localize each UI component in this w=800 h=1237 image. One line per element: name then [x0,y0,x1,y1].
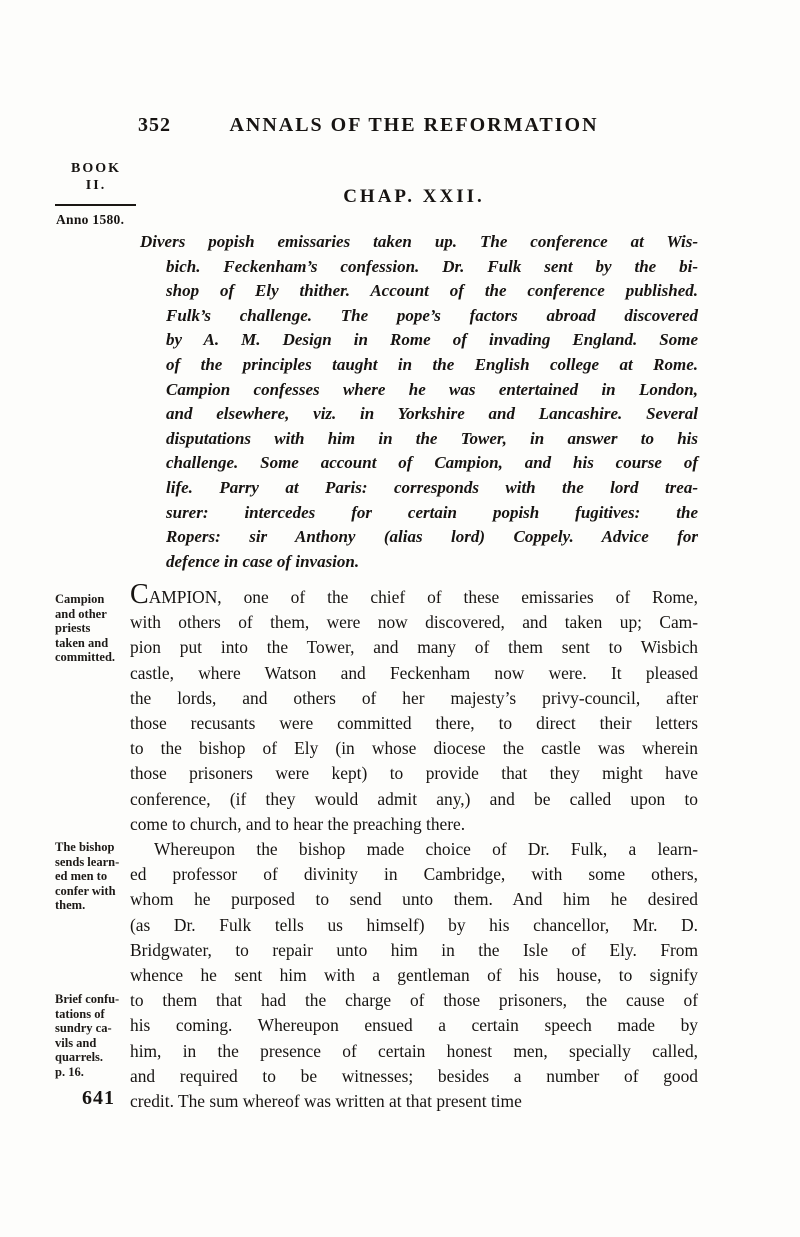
chapter-heading: CHAP. XXII. [130,186,698,208]
running-head-title: ANNALS OF THE REFORMATION [130,114,698,137]
book-label: BOOK II. [56,160,136,194]
margin-note-campion-taken: Campionand otherprieststaken andcommitte… [55,592,135,665]
margin-note-bishop-sends: The bishopsends learn-ed men toconfer wi… [55,840,135,913]
chapter-summary: Divers popish emissaries taken up. The c… [140,230,698,574]
body-text: CAMPION, one of the chief of these emiss… [130,585,698,1114]
paragraph-campion: CAMPION, one of the chief of these emiss… [130,585,698,837]
paragraph-whereupon: Whereupon the bishop made choice of Dr. … [130,837,698,1114]
running-head: 352 ANNALS OF THE REFORMATION [130,114,698,140]
book-label-rule [55,204,136,206]
book-label-line1: BOOK [56,160,136,177]
folio-number: 641 [82,1087,115,1110]
book-page: 352 ANNALS OF THE REFORMATION BOOK II. A… [0,0,800,1237]
anno-label: Anno 1580. [56,212,124,228]
margin-note-brief-confutations: Brief confu-tations ofsundry ca-vils and… [55,992,135,1080]
book-label-line2: II. [56,177,136,194]
